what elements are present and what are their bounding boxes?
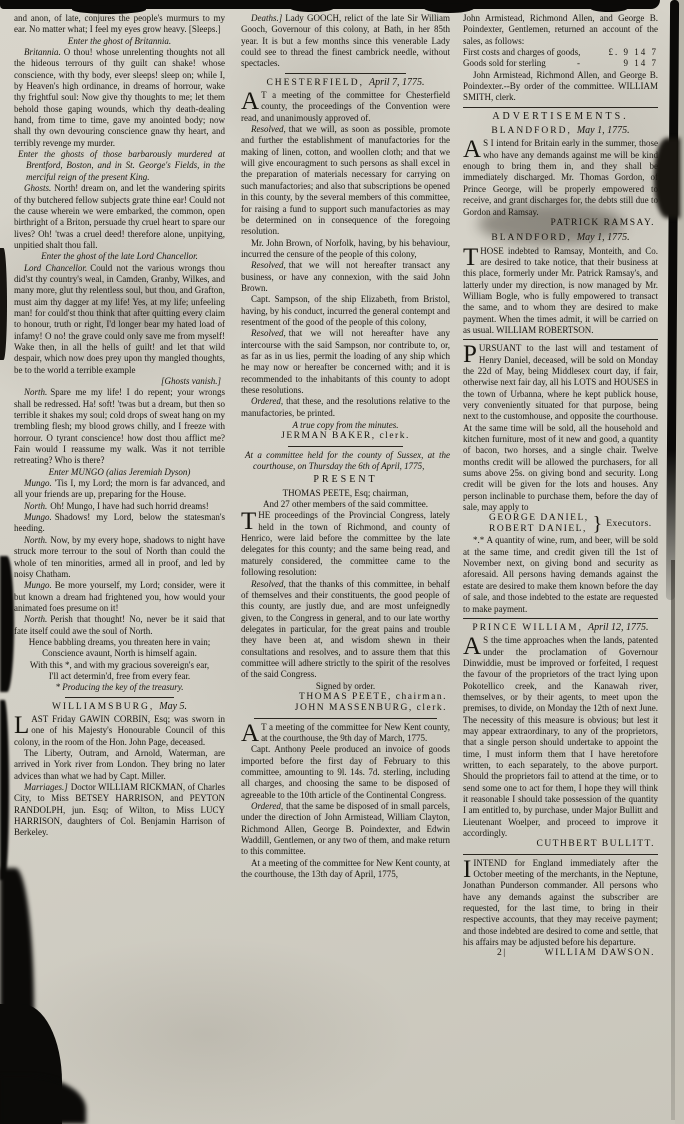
resolved-sampson: Resolved,that we will not hereafter have… [241,328,450,396]
section-rule [463,618,658,619]
ordered-disposal-speaker: Ordered, [251,801,283,811]
play-continuation-paragraph: and anon, of late, conjures the people's… [14,13,225,36]
by-order-of-committee: John Armistead, Richmond Allen, and Geor… [463,70,658,104]
resolved-sampson-text: that we will not hereafter have any inte… [241,328,450,395]
speech-ghosts: Ghosts.North! dream on, and let the wand… [14,183,225,251]
verse-line-3: With this *, and with my gracious sovere… [14,660,225,671]
stage-direction-enter-britannia: Enter the ghost of Britannia. [14,36,225,47]
dateline-blandford-2-it: May 1, 1775. [577,232,630,243]
speech-britannia-text: O thou! whose unrelenting thoughts not a… [14,47,225,148]
verse-line-1: Hence babbling dreams, you threaten here… [14,637,225,648]
signature-jerman-baker: JERMAN BAKER, clerk. [241,431,450,442]
news-gawin-corbin-dropcap: L [14,714,31,736]
ordered-printed-speaker: Ordered, [251,396,283,406]
dateline-chesterfield-it: April 7, 1775. [369,77,425,88]
column-2: Deaths.]Lady GOOCH, relict of the late S… [241,13,450,1121]
money-line-sterling-mid: - [577,58,580,69]
dateline-chesterfield: CHESTERFIELD,April 7, 1775. [241,77,450,89]
dateline-williamsburg-it: May 5. [159,701,187,712]
ink-stain-top-bump [590,4,628,12]
ad-patrick-ramsay-text: S I intend for Britain early in the summ… [463,138,658,216]
estate-postscript: *.* A quantity of wine, rum, and beer, w… [463,535,658,614]
committee-members-line: And 27 other members of the said committ… [241,499,450,510]
executor-name-line: GEORGE DANIEL, [489,513,589,524]
resolved-manufactories: Resolved,that we will, as soon as possib… [241,124,450,237]
stage-direction-ghosts-vanish: [Ghosts vanish.] [14,376,225,387]
dateline-blandford-1-caps: BLANDFORD, [491,126,571,136]
binding-shadow-right-lower [671,560,675,1120]
resolved-manufactories-text: that we will, as soon as possible, promo… [241,124,450,236]
ad-henry-daniel-estate-dropcap: P [463,343,479,365]
anthony-peele-invoice: Capt. Anthony Peele produced an invoice … [241,744,450,801]
ink-stain-left-edge-lower [0,700,9,880]
column-1: and anon, of late, conjures the people's… [14,13,225,1121]
news-marriages: Marriages.]Doctor WILLIAM RICKMAN, of Ch… [14,782,225,839]
newspaper-page-scan: and anon, of late, conjures the people's… [0,0,684,1124]
ink-stain-top-bump [290,4,334,12]
speech-britannia-speaker: Britannia. [24,47,61,57]
section-rule [285,73,406,74]
dateline-chesterfield-caps: CHESTERFIELD, [266,78,364,88]
executor-name-line: ROBERT DANIEL, [489,524,589,535]
column-3: John Armistead, Richmond Allen, and Geor… [463,13,658,1121]
new-kent-second-meeting: At a meeting of the committee for New Ke… [241,858,450,881]
signature-thomas-peete: THOMAS PEETE, chairman. [241,692,450,703]
dateline-blandford-1: BLANDFORD,May 1, 1775. [463,125,658,137]
resolved-thanks-speaker: Resolved, [251,579,286,589]
section-rule [463,854,658,855]
ordered-printed: Ordered,that these, and the resolutions … [241,396,450,419]
stage-direction-enter-ghosts: Enter the ghosts of those barbarously mu… [14,149,225,183]
thomas-peete-chairman-line: THOMAS PEETE, Esq; chairman, [241,488,450,499]
ink-stain-top-bump [424,3,474,13]
executor-names: GEORGE DANIEL,ROBERT DANIEL, [489,513,589,535]
speech-north-4-speaker: North. [24,614,47,624]
speech-mungo-1-speaker: Mungo. [24,478,52,488]
true-copy-note: A true copy from the minutes. [241,420,450,431]
ad-henry-daniel-estate-text: URSUANT to the last will and testament o… [463,343,658,512]
speech-north-2: North.Oh! Mungo, I have had such horrid … [14,501,225,512]
speech-britannia: Britannia.O thou! whose unrelenting thou… [14,47,225,149]
chesterfield-meeting-lead: AT a meeting of the committee for Cheste… [241,90,450,124]
section-rule [288,446,403,447]
money-line-sterling: Goods sold for sterling-9 14 7 [463,58,658,69]
speech-north-2-speaker: North. [24,501,47,511]
news-marriages-speaker: Marriages.] [24,782,68,792]
footnote-treasury-key: * Producing the key of the treasury. [14,682,225,693]
stage-direction-enter-mungo: Enter MUNGO (alias Jeremiah Dyson) [14,467,225,478]
speech-north-2-text: Oh! Mungo, I have had such horrid dreams… [50,501,208,511]
resolved-sampson-speaker: Resolved, [251,328,286,338]
ad-patrick-ramsay-dropcap: A [463,138,483,160]
news-ships-arrived: The Liberty, Outram, and Arnold, Waterma… [14,748,225,782]
speech-north-1-speaker: North. [24,387,47,397]
provincial-congress-paragraph: THE proceedings of the Provincial Congre… [241,510,450,578]
money-line-costs: First costs and charges of goods,£. 9 14… [463,47,658,58]
speech-mungo-3: Mungo.Be more yourself, my Lord; conside… [14,580,225,614]
money-line-sterling-right: 9 14 7 [606,58,658,69]
speech-north-4: North.Perish that thought! No, never be … [14,614,225,637]
ad-william-robertson: THOSE indebted to Ramsay, Monteith, and … [463,246,658,337]
signature-patrick-ramsay: PATRICK RAMSAY. [463,218,658,229]
new-kent-meeting-lead-text: T a meeting of the committee for New Ken… [261,722,450,743]
ad-patrick-ramsay: AS I intend for Britain early in the sum… [463,138,658,217]
dateline-prince-william: PRINCE WILLIAM,April 12, 1775. [463,622,658,634]
new-kent-meeting-lead-dropcap: A [241,722,261,744]
ink-stain-left-edge-upper [0,248,7,360]
resolved-thanks-text: that the thanks of this committee, in be… [241,579,450,680]
sussex-committee-heading: At a committee held for the county of Su… [241,450,450,473]
ad-cuthbert-bullitt: AS the time approaches when the lands, p… [463,635,658,839]
resolved-john-brown-speaker: Resolved, [251,260,286,270]
ink-stain-left-edge-middle [0,556,14,692]
executors-block-label: Executors. [606,519,651,530]
dateline-blandford-2-caps: BLANDFORD, [491,233,571,243]
speech-ghosts-speaker: Ghosts. [24,183,51,193]
ad-cuthbert-bullitt-text: S the time approaches when the lands, pa… [463,635,658,838]
ad-william-dawson: IINTEND for England immediately after th… [463,858,658,949]
money-line-sterling-left: Goods sold for sterling [463,58,546,69]
brace-glyph: } [593,515,603,533]
resolved-thanks: Resolved,that the thanks of this committ… [241,579,450,681]
provincial-congress-paragraph-text: HE proceedings of the Provincial Congres… [241,510,450,577]
speech-north-3: North.Now, by my every hope, shadows to … [14,535,225,580]
chesterfield-meeting-lead-text: T a meeting of the committee for Chester… [241,90,450,123]
binding-shadow-right [666,0,679,600]
advertisements-heading: ADVERTISEMENTS. [463,111,658,122]
dateline-williamsburg-caps: WILLIAMSBURG, [52,702,154,712]
sales-account-continuation: John Armistead, Richmond Allen, and Geor… [463,13,658,47]
ordered-disposal: Ordered,that the same be disposed of in … [241,801,450,858]
signature-william-dawson: 2|WILLIAM DAWSON. [463,948,658,959]
dateline-prince-william-it: April 12, 1775. [588,622,649,633]
resolved-john-brown: Resolved,that we will not hereafter tran… [241,260,450,294]
speech-mungo-2: Mungo.Shadows! my Lord, below the states… [14,512,225,535]
speech-lord-chancellor: Lord Chancellor.Could not the various wr… [14,263,225,376]
news-deaths-lady-gooch-speaker: Deaths.] [251,13,282,23]
ad-william-robertson-text: HOSE indebted to Ramsay, Monteith, and C… [463,246,658,335]
provincial-congress-paragraph-dropcap: T [241,510,258,532]
verse-line-4: I'll act determin'd, free from every fea… [14,671,225,682]
news-deaths-lady-gooch: Deaths.]Lady GOOCH, relict of the late S… [241,13,450,70]
resolved-manufactories-speaker: Resolved, [251,124,286,134]
executors-block: GEORGE DANIEL,ROBERT DANIEL,}Executors. [463,513,658,535]
speech-north-1: North.Spare me my life! I do repent; you… [14,387,225,466]
signed-by-order-line: Signed by order. [241,681,450,692]
speech-ghosts-text: North! dream on, and let the wandering s… [14,183,225,250]
money-line-costs-right: £. 9 14 7 [606,47,658,58]
censure-capt-sampson: Capt. Sampson, of the ship Elizabeth, fr… [241,294,450,328]
money-line-costs-left: First costs and charges of goods, [463,47,580,58]
speech-lord-chancellor-text: Could not the various wrongs thou did'st… [14,263,225,375]
dateline-blandford-1-it: May 1, 1775. [577,125,630,136]
new-kent-meeting-lead: AT a meeting of the committee for New Ke… [241,722,450,745]
news-gawin-corbin: LAST Friday GAWIN CORBIN, Esq; was sworn… [14,714,225,748]
section-rule [463,107,658,108]
signature-william-dawson-text: WILLIAM DAWSON. [545,948,655,959]
section-rule [463,339,658,340]
chesterfield-meeting-lead-dropcap: A [241,90,261,112]
ink-stain-top-edge [0,0,660,9]
section-rule [65,697,175,698]
signature-john-massenburg: JOHN MASSENBURG, clerk. [241,703,450,714]
paper-edge-right [675,0,684,1124]
present-heading: PRESENT [241,474,450,485]
verse-line-2: Conscience avaunt, North is himself agai… [14,648,225,659]
ad-william-dawson-dropcap: I [463,858,473,880]
signature-cuthbert-bullitt: CUTHBERT BULLITT. [463,839,658,850]
censure-john-brown: Mr. John Brown, of Norfolk, having, by h… [241,238,450,261]
stage-direction-enter-lord-chancellor: Enter the ghost of the late Lord Chancel… [14,251,225,262]
dateline-blandford-2: BLANDFORD,May 1, 1775. [463,232,658,244]
speech-mungo-1: Mungo.'Tis I, my Lord; the morn is far a… [14,478,225,501]
speech-north-3-speaker: North. [24,535,47,545]
news-gawin-corbin-text: AST Friday GAWIN CORBIN, Esq; was sworn … [14,714,225,747]
ad-william-dawson-text: INTEND for England immediately after the… [463,858,658,947]
speech-mungo-2-speaker: Mungo. [24,512,52,522]
speech-north-1-text: Spare me my life! I do repent; your wron… [14,387,225,465]
dateline-williamsburg: WILLIAMSBURG,May 5. [14,701,225,713]
ad-cuthbert-bullitt-dropcap: A [463,635,483,657]
ad-henry-daniel-estate: PURSUANT to the last will and testament … [463,343,658,513]
speech-lord-chancellor-speaker: Lord Chancellor. [24,263,87,273]
section-rule [254,718,438,719]
signature-william-dawson-mark: 2| [497,948,507,959]
dateline-prince-william-caps: PRINCE WILLIAM, [472,623,583,633]
ad-william-robertson-dropcap: T [463,246,480,268]
speech-mungo-3-speaker: Mungo. [24,580,52,590]
